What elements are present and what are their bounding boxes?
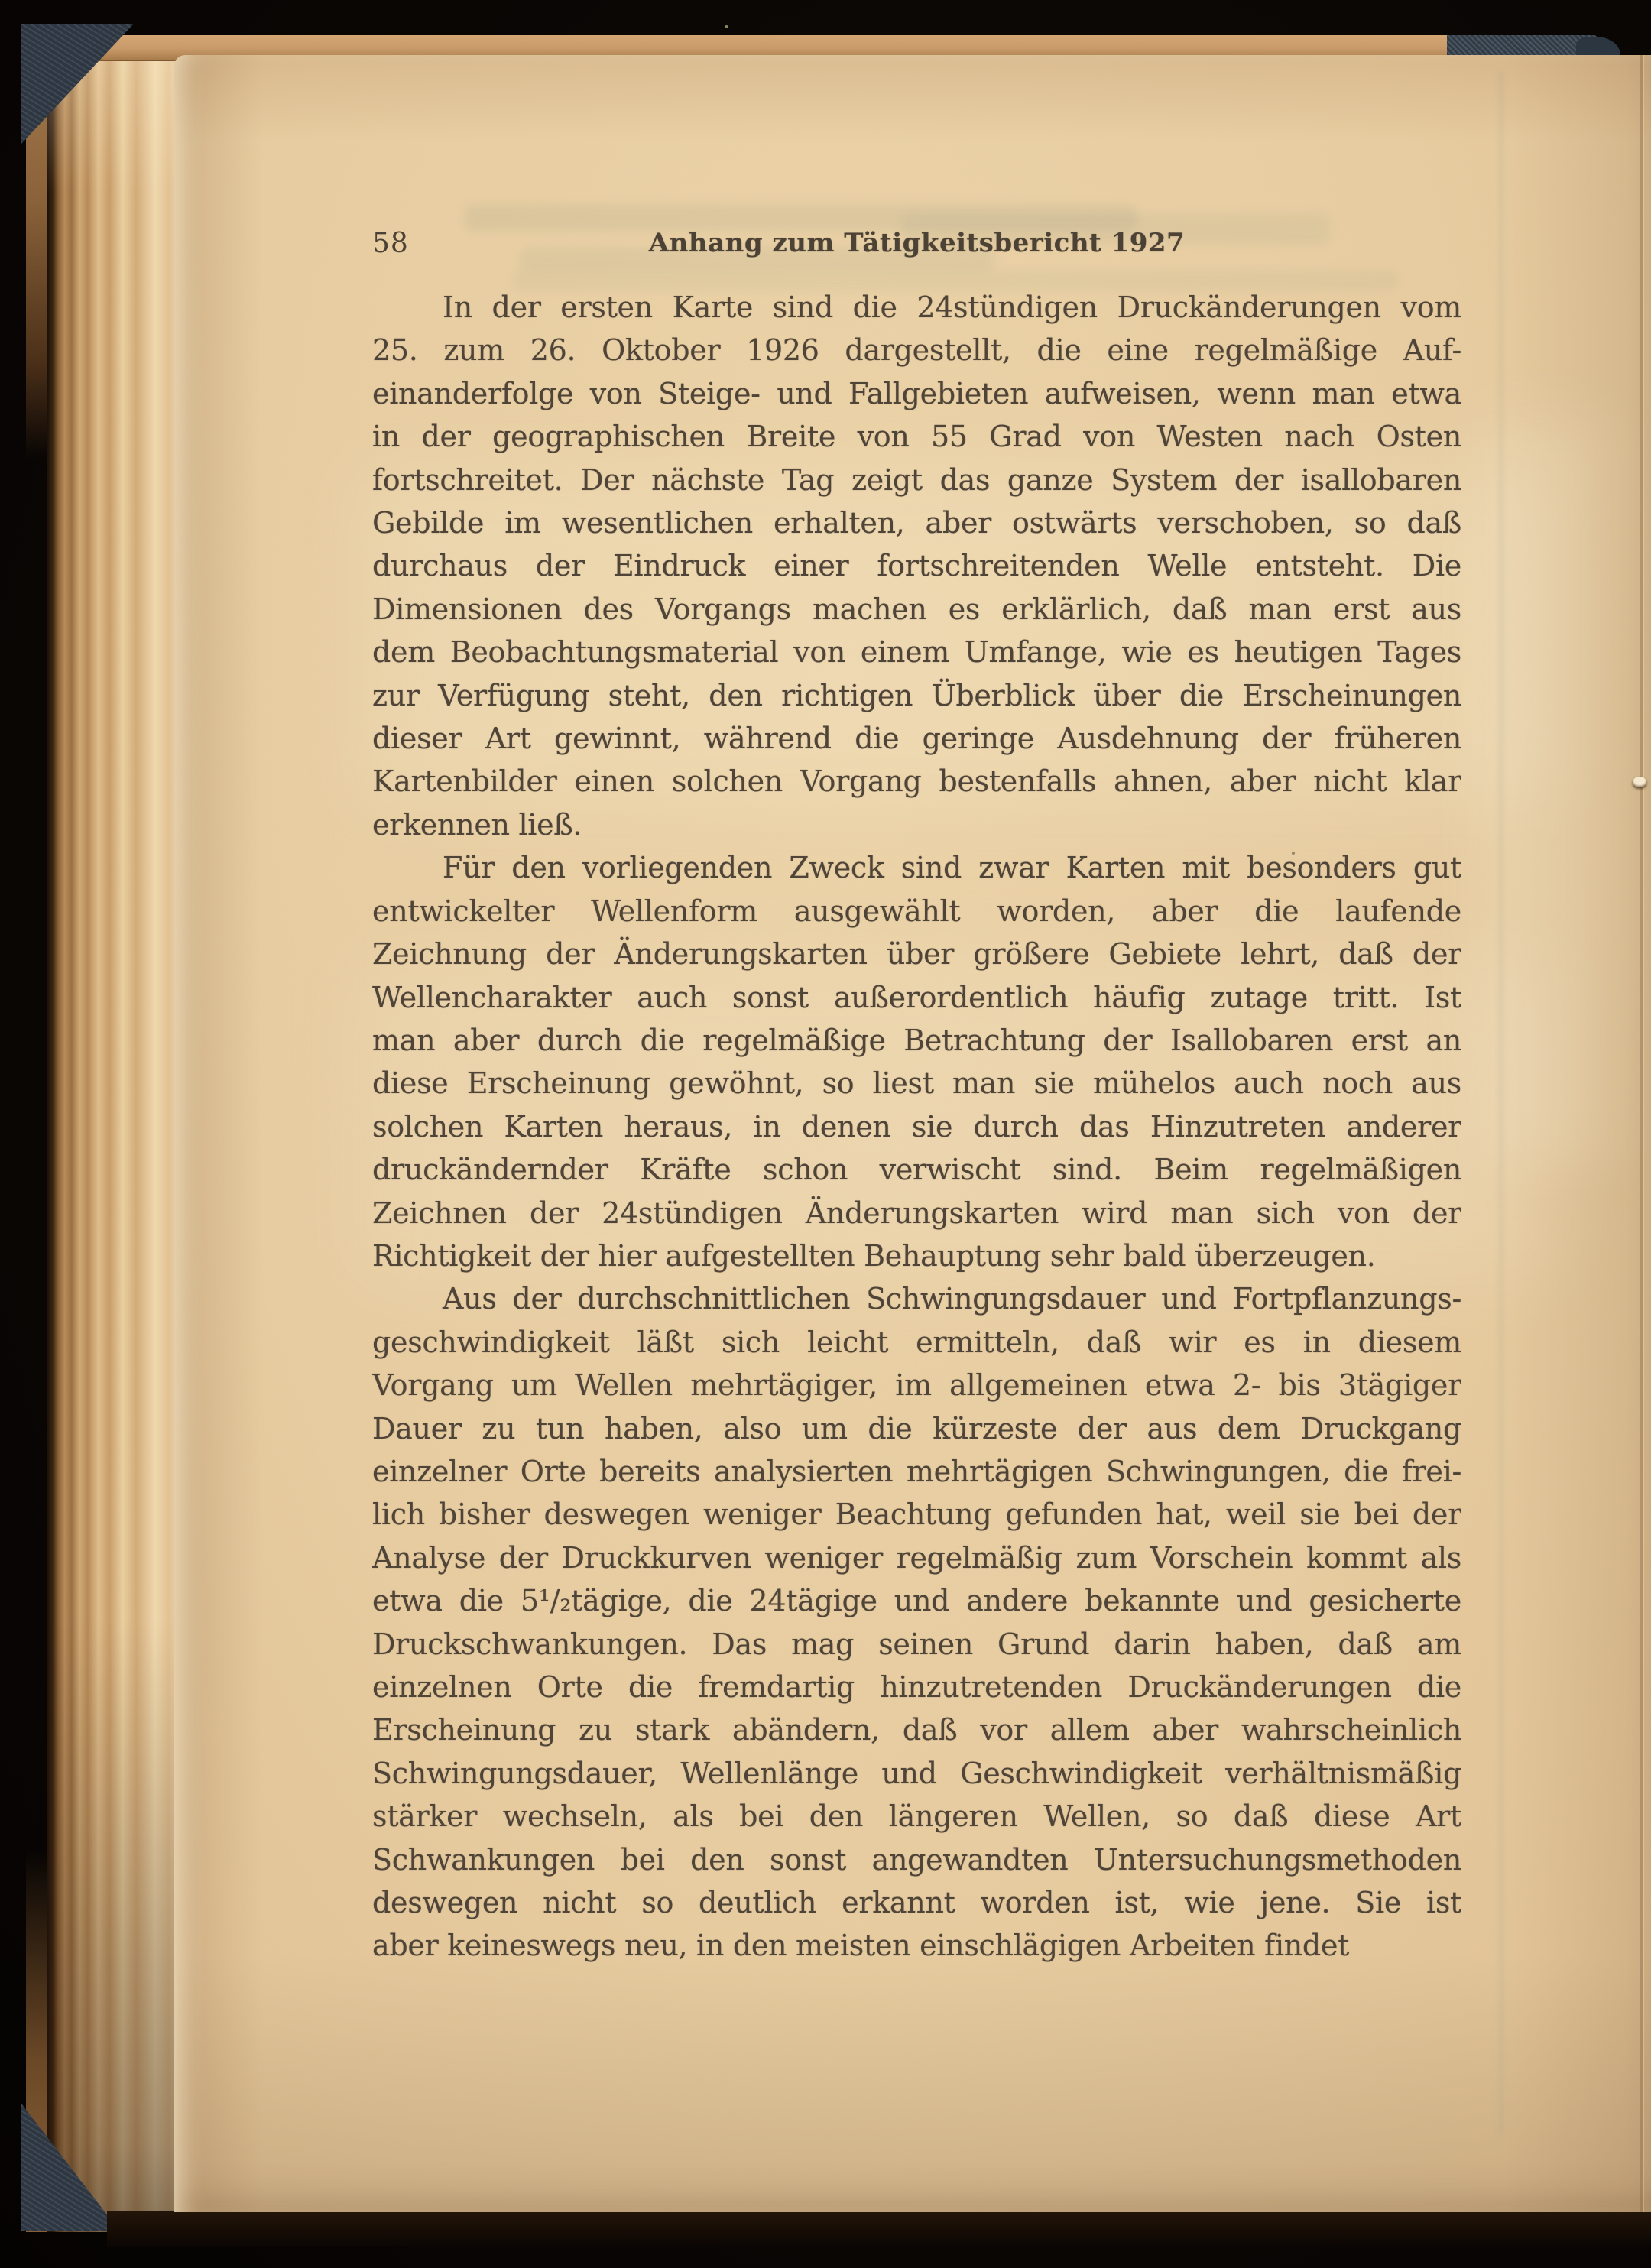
text-line: solchen Karten heraus, in denen sie durc… [372,1105,1461,1148]
text-line: Kartenbilder einen solchen Vorgang beste… [372,760,1461,803]
text-line: geschwindigkeit läßt sich leicht ermitte… [372,1321,1461,1364]
text-line: Für den vorliegenden Zweck sind zwar Kar… [372,846,1461,889]
text-line: entwickelter Wellenform ausgewählt worde… [372,890,1461,933]
text-line: in der geographischen Breite von 55 Grad… [372,415,1461,458]
text-line: Aus der durchschnittlichen Schwingungsda… [372,1277,1461,1320]
text-line: Vorgang um Wellen mehrtägiger, im allgem… [372,1364,1461,1407]
text-line: einzelnen Orte die fremdartig hinzutrete… [372,1666,1461,1708]
text-line: Erscheinung zu stark abändern, daß vor a… [372,1708,1461,1751]
page-crease-highlight [1643,55,1644,2212]
text-line: einanderfolge von Steige- und Fallgebiet… [372,372,1461,415]
text-line: Gebilde im wesentlichen erhalten, aber o… [372,501,1461,544]
text-line: stärker wechseln, als bei den längeren W… [372,1795,1461,1838]
text-line: einzelner Orte bereits analysierten mehr… [372,1450,1461,1493]
text-line: Analyse der Druckkurven weniger regelmäß… [372,1536,1461,1579]
text-line: aber keineswegs neu, in den meisten eins… [372,1924,1461,1967]
text-line: fortschreitet. Der nächste Tag zeigt das… [372,459,1461,501]
page-notch [1633,777,1646,787]
text-line: deswegen nicht so deutlich erkannt worde… [372,1881,1461,1924]
text-line: Wellencharakter auch sonst außerordentli… [372,976,1461,1019]
book-scan: 58 Anhang zum Tätigkeitsbericht 1927 In … [0,0,1651,2268]
book-page: 58 Anhang zum Tätigkeitsbericht 1927 In … [174,55,1651,2212]
text-line: durchaus der Eindruck einer fortschreite… [372,544,1461,587]
text-block: In der ersten Karte sind die 24stündigen… [372,286,1461,1968]
text-line: etwa die 5¹/₂tägige, die 24tägige und an… [372,1579,1461,1622]
text-line: Dimensionen des Vorgangs machen es erklä… [372,588,1461,631]
text-line: Schwingungsdauer, Wellenlänge und Geschw… [372,1752,1461,1795]
text-line: Zeichnung der Änderungskarten über größe… [372,933,1461,975]
page-fore-edges [47,40,182,2232]
page-bottom-shadow [107,2211,1651,2247]
running-header: 58 Anhang zum Tätigkeitsbericht 1927 [372,228,1461,261]
paragraph: In der ersten Karte sind die 24stündigen… [372,286,1461,846]
text-line: dem Beobachtungsmaterial von einem Umfan… [372,631,1461,673]
text-line: lich bisher deswegen weniger Beachtung g… [372,1493,1461,1536]
bleed-through-ghost [465,205,1137,231]
text-line: zur Verfügung steht, den richtigen Überb… [372,674,1461,717]
paragraph: Aus der durchschnittlichen Schwingungsda… [372,1277,1461,1968]
text-line: druckändernder Kräfte schon verwischt si… [372,1148,1461,1191]
text-line: Richtigkeit der hier aufgestellten Behau… [372,1235,1461,1277]
text-line: Zeichnen der 24stündigen Änderungskarten… [372,1192,1461,1235]
text-line: Schwankungen bei den sonst angewandten U… [372,1838,1461,1881]
text-line: diese Erscheinung gewöhnt, so liest man … [372,1062,1461,1105]
paragraph: Für den vorliegenden Zweck sind zwar Kar… [372,846,1461,1277]
text-line: dieser Art gewinnt, während die geringe … [372,717,1461,760]
dust-speck [725,25,728,28]
text-line: Druckschwankungen. Das mag seinen Grund … [372,1623,1461,1666]
text-line: In der ersten Karte sind die 24stündigen… [372,286,1461,329]
text-line: 25. zum 26. Oktober 1926 dargestellt, di… [372,329,1461,372]
running-title: Anhang zum Tätigkeitsbericht 1927 [372,228,1461,258]
bleed-through-ghost [1474,414,1611,1163]
text-line: Dauer zu tun haben, also um die kürzeste… [372,1407,1461,1450]
text-line: erkennen ließ. [372,803,1461,846]
bleed-through-ghost [1498,70,1504,2134]
text-line: man aber durch die regelmäßige Betrachtu… [372,1019,1461,1062]
